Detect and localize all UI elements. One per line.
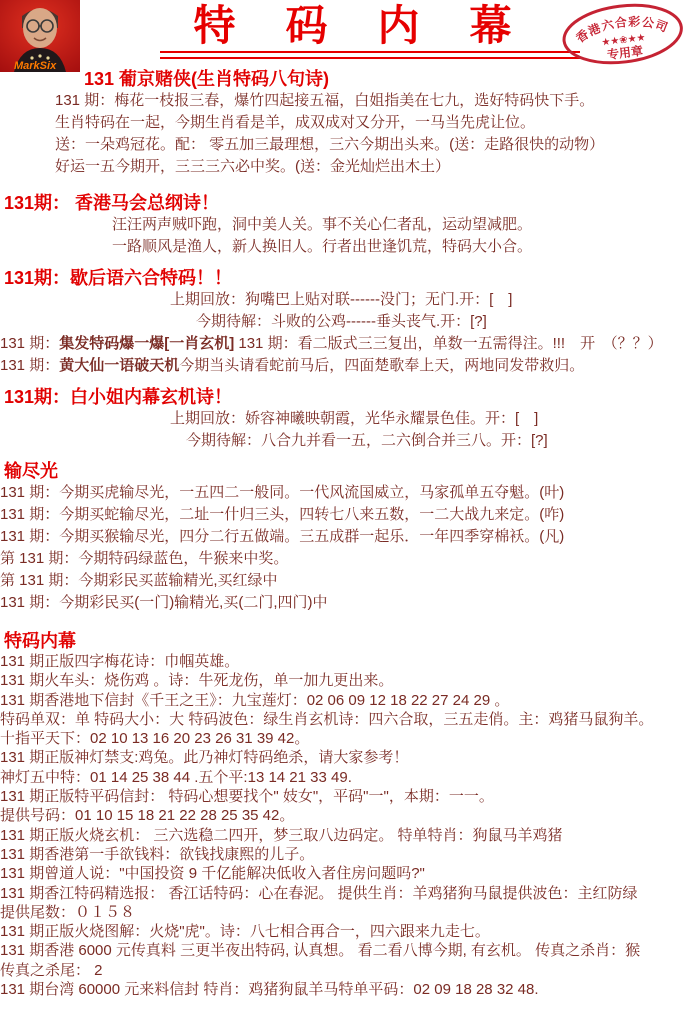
title-underline (160, 51, 580, 59)
text-segment: 131 期：今期买猴输尽光，四分二行五做端。三五成群一起乐．一年四季穿棉袄。(凡… (0, 528, 564, 545)
text-segment: 131 期香港第一手欲钱料：欲钱找康熙的儿子。 (0, 846, 314, 863)
section-1: 131期： 香港马会总纲诗！汪汪两声贼吓跑，洞中美人关。事不关心仁者乱，运动望减… (0, 192, 690, 258)
text-segment: 第 131 期：今期特码绿蓝色，牛猴来中奖。 (0, 550, 288, 567)
text-segment: 神灯五中特：01 14 25 38 44 .五个平:13 14 21 33 49… (0, 769, 352, 786)
text-line: 提供号码：01 10 15 18 21 22 28 25 35 42。 (0, 806, 690, 825)
text-segment: 131 期：今期彩民买(一门)输精光,买(二门,四门)中 (0, 594, 328, 611)
text-segment: 送：一朵鸡冠花。配： 零五加三最理想，三六今期出头来。(送：走路很快的动物） (55, 136, 604, 153)
page-title: 特码内幕 (150, 2, 580, 50)
text-line: 生肖特码在一起，今期生肖看是羊，成双成对又分开，一马当先虎让位。 (0, 112, 690, 134)
text-line: 131 期香港 6000 元传真料 三更半夜出特码, 认真想。 看二看八博今期,… (0, 941, 690, 960)
text-line: 131 期：梅花一枝报三春，爆竹四起接五福，白姐指美在七九，选好特码快下手。 (0, 90, 690, 112)
text-segment: 131 期：今期买虎输尽光，一五四二一般同。一代风流国威立，马家孤单五夺魁。(叶… (0, 484, 564, 501)
text-segment: 集发特码爆一爆[一肖玄机] (59, 335, 234, 352)
text-line: 131 期香江特码精选报： 香江话特码：心在春泥。 提供生肖：羊鸡猪狗马鼠提供波… (0, 884, 690, 903)
text-line: 今期待解：斗败的公鸡------垂头丧气.开：[?] (0, 311, 690, 333)
text-line: 131 期：集发特码爆一爆[一肖玄机] 131 期：看二版式三三复出，单数一五需… (0, 333, 690, 355)
page-header: MarkSix 特码内幕 香港六合彩公司 ★★❀★★ 专用章 (0, 0, 690, 64)
text-line: 上期回放：狗嘴巴上贴对联------没门；无门.开：[ ] (0, 289, 690, 311)
text-segment: 131 期台湾 60000 元来料信封 特肖：鸡猪狗鼠羊马特单平码：02 09 … (0, 981, 539, 998)
text-line: 131 期正版火烧玄机： 三六选稳二四开，梦三取八边码定。 特单特肖：狗鼠马羊鸡… (0, 826, 690, 845)
text-line: 今期待解：八合九并看一五，二六倒合并三八。开：[?] (0, 430, 690, 452)
text-segment: 131 期火车头：烧伤鸡 。诗：牛死龙伤，单一加九更出来。 (0, 672, 393, 689)
text-line: 第 131 期：今期彩民买蓝输精光,买红绿中 (0, 570, 690, 592)
text-line: 上期回放：娇容神曦映朝霞，光华永耀景色佳。开：[ ] (0, 408, 690, 430)
text-segment: 131 期正版火烧玄机： 三六选稳二四开，梦三取八边码定。 特单特肖：狗鼠马羊鸡… (0, 827, 563, 844)
text-line: 送：一朵鸡冠花。配： 零五加三最理想，三六今期出头来。(送：走路很快的动物） (0, 134, 690, 156)
photo-caption: MarkSix (14, 60, 57, 72)
text-line: 一路顺风是渔人，新人换旧人。行者出世逢饥荒，特码大小合。 (0, 236, 690, 258)
text-segment: 传真之杀尾： 2 (0, 962, 103, 979)
text-segment: 131 期：看二版式三三复出，单数一五需得注。!!! 开 （？？） (234, 335, 662, 352)
text-line: 131 期正版四字梅花诗：巾帼英雄。 (0, 652, 690, 671)
text-line: 神灯五中特：01 14 25 38 44 .五个平:13 14 21 33 49… (0, 768, 690, 787)
text-segment: 好运一五今期开，三三三六必中奖。(送：金光灿烂出木土） (55, 158, 450, 175)
text-segment: 131 期香港地下信封《千王之王》：九宝莲灯：02 06 09 12 18 22… (0, 692, 509, 709)
text-line: 131 期：黄大仙一语破天机今期当头请看蛇前马后，四面楚歌奉上天，两地同发带救归… (0, 355, 690, 377)
text-line: 汪汪两声贼吓跑，洞中美人关。事不关心仁者乱，运动望减肥。 (0, 214, 690, 236)
text-segment: 上期回放：狗嘴巴上贴对联------没门；无门.开：[ ] (170, 291, 512, 308)
text-segment: 一路顺风是渔人，新人换旧人。行者出世逢饥荒，特码大小合。 (112, 238, 532, 255)
section-heading: 131期：歇后语六合特码！！ (0, 267, 690, 289)
section-heading: 131期：白小姐内幕玄机诗！ (0, 386, 690, 408)
section-3: 131期：白小姐内幕玄机诗！上期回放：娇容神曦映朝霞，光华永耀景色佳。开：[ ]… (0, 386, 690, 452)
text-line: 131 期：今期买猴输尽光，四分二行五做端。三五成群一起乐．一年四季穿棉袄。(凡… (0, 526, 690, 548)
text-line: 特码单双：单 特码大小：大 特码波色：绿生肖玄机诗：四六合取，三五走俏。主：鸡猪… (0, 710, 690, 729)
text-segment: 131 期： (0, 335, 59, 352)
text-line: 131 期正版火烧图解：火烧"虎"。诗：八七相合再合一，四六跟来九走七。 (0, 922, 690, 941)
title-block: 特码内幕 (150, 2, 580, 59)
text-segment: 131 期曾道人说："中国投资 9 千亿能解决低收入者住房问题吗?" (0, 865, 425, 882)
text-segment: 131 期正版神灯禁支:鸡兔。此乃神灯特码绝杀，请大家参考！ (0, 749, 408, 766)
text-segment: 十指平天下：02 10 13 16 20 23 26 31 39 42。 (0, 730, 309, 747)
text-segment: 今期待解：斗败的公鸡------垂头丧气.开：[?] (196, 313, 487, 330)
text-line: 好运一五今期开，三三三六必中奖。(送：金光灿烂出木土） (0, 156, 690, 178)
text-line: 131 期台湾 60000 元来料信封 特肖：鸡猪狗鼠羊马特单平码：02 09 … (0, 980, 690, 999)
text-segment: 汪汪两声贼吓跑，洞中美人关。事不关心仁者乱，运动望减肥。 (112, 216, 532, 233)
text-segment: 131 期正版特平码信封： 特码心想要找个" 妓女"，平码"一"，本期：一一。 (0, 788, 494, 805)
text-line: 131 期：今期买蛇输尽光，二址一什归三头，四转七八来五数，一二大战九来定。(咋… (0, 504, 690, 526)
text-line: 十指平天下：02 10 13 16 20 23 26 31 39 42。 (0, 729, 690, 748)
text-segment: 上期回放：娇容神曦映朝霞，光华永耀景色佳。开：[ ] (170, 410, 538, 427)
text-line: 131 期火车头：烧伤鸡 。诗：牛死龙伤，单一加九更出来。 (0, 671, 690, 690)
text-line: 131 期：今期彩民买(一门)输精光,买(二门,四门)中 (0, 592, 690, 614)
text-line: 第 131 期：今期特码绿蓝色，牛猴来中奖。 (0, 548, 690, 570)
text-segment: 131 期：梅花一枝报三春，爆竹四起接五福，白姐指美在七九，选好特码快下手。 (55, 92, 594, 109)
text-line: 传真之杀尾： 2 (0, 961, 690, 980)
text-segment: 第 131 期：今期彩民买蓝输精光,买红绿中 (0, 572, 278, 589)
section-heading: 131期： 香港马会总纲诗！ (0, 192, 690, 214)
stamp-image: 香港六合彩公司 ★★❀★★ 专用章 (556, 0, 689, 73)
content-sections: 131 葡京赌侠(生肖特码八句诗)131 期：梅花一枝报三春，爆竹四起接五福，白… (0, 68, 690, 999)
text-segment: 黄大仙一语破天机 (59, 357, 179, 374)
text-line: 131 期正版特平码信封： 特码心想要找个" 妓女"，平码"一"，本期：一一。 (0, 787, 690, 806)
text-segment: 提供尾数：０１５８ (0, 904, 135, 921)
company-stamp: 香港六合彩公司 ★★❀★★ 专用章 (556, 0, 689, 78)
section-heading: 输尽光 (0, 460, 690, 482)
text-segment: 生肖特码在一起，今期生肖看是羊，成双成对又分开，一马当先虎让位。 (55, 114, 535, 131)
section-heading: 特码内幕 (0, 630, 690, 652)
text-segment: 131 期正版四字梅花诗：巾帼英雄。 (0, 653, 239, 670)
section-0: 131 葡京赌侠(生肖特码八句诗)131 期：梅花一枝报三春，爆竹四起接五福，白… (0, 68, 690, 178)
text-segment: 提供号码：01 10 15 18 21 22 28 25 35 42。 (0, 807, 294, 824)
text-line: 提供尾数：０１５８ (0, 903, 690, 922)
text-line: 131 期：今期买虎输尽光，一五四二一般同。一代风流国威立，马家孤单五夺魁。(叶… (0, 482, 690, 504)
text-segment: 今期当头请看蛇前马后，四面楚歌奉上天，两地同发带救归。 (179, 357, 584, 374)
section-4: 输尽光131 期：今期买虎输尽光，一五四二一般同。一代风流国威立，马家孤单五夺魁… (0, 460, 690, 614)
text-segment: 今期待解：八合九并看一五，二六倒合并三八。开：[?] (186, 432, 548, 449)
text-segment: 131 期香江特码精选报： 香江话特码：心在春泥。 提供生肖：羊鸡猪狗马鼠提供波… (0, 885, 638, 902)
text-line: 131 期正版神灯禁支:鸡兔。此乃神灯特码绝杀，请大家参考！ (0, 748, 690, 767)
section-5: 特码内幕131 期正版四字梅花诗：巾帼英雄。131 期火车头：烧伤鸡 。诗：牛死… (0, 630, 690, 999)
text-segment: 131 期：今期买蛇输尽光，二址一什归三头，四转七八来五数，一二大战九来定。(咋… (0, 506, 564, 523)
text-segment: 特码单双：单 特码大小：大 特码波色：绿生肖玄机诗：四六合取，三五走俏。主：鸡猪… (0, 711, 653, 728)
section-2: 131期：歇后语六合特码！！上期回放：狗嘴巴上贴对联------没门；无门.开：… (0, 267, 690, 377)
text-line: 131 期香港第一手欲钱料：欲钱找康熙的儿子。 (0, 845, 690, 864)
text-line: 131 期曾道人说："中国投资 9 千亿能解决低收入者住房问题吗?" (0, 864, 690, 883)
portrait-photo-image: MarkSix (0, 0, 80, 72)
text-segment: 131 期正版火烧图解：火烧"虎"。诗：八七相合再合一，四六跟来九走七。 (0, 923, 490, 940)
text-segment: 131 期香港 6000 元传真料 三更半夜出特码, 认真想。 看二看八博今期,… (0, 942, 640, 959)
text-segment: 131 期： (0, 357, 59, 374)
portrait-photo: MarkSix (0, 0, 80, 72)
text-line: 131 期香港地下信封《千王之王》：九宝莲灯：02 06 09 12 18 22… (0, 691, 690, 710)
